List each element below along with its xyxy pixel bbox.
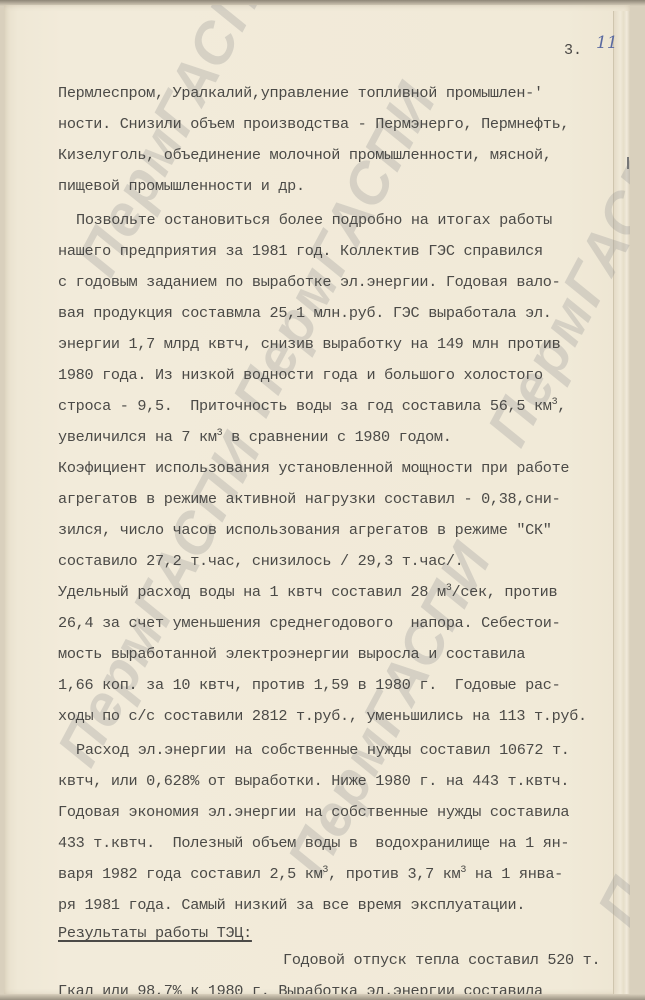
text-line: Коэфициент использования установленной м… xyxy=(58,453,630,484)
text-line: увеличился на 7 км3 в сравнении с 1980 г… xyxy=(58,422,630,453)
text-line: варя 1982 года составил 2,5 км3, против … xyxy=(58,859,630,890)
text-line: нашего предприятия за 1981 год. Коллекти… xyxy=(58,236,630,267)
section-heading-line: Результаты работы ТЭЦ: xyxy=(58,921,630,945)
text-line: пищевой промышленности и др. xyxy=(58,171,630,205)
text-line: вая продукция составмла 25,1 млн.руб. ГЭ… xyxy=(58,298,630,329)
text-line: энергии 1,7 млрд квтч, снизив выработку … xyxy=(58,329,630,360)
text-segment: , против 3,7 км xyxy=(328,865,460,883)
section-heading: Результаты работы ТЭЦ: xyxy=(58,924,252,942)
text-line: мость выработанной электроэнергии выросл… xyxy=(58,639,630,670)
text-segment: строса - 9,5. Приточность воды за год со… xyxy=(58,397,552,415)
text-segment: на 1 янва- xyxy=(466,865,563,883)
text-line: ходы по с/с составили 2812 т.руб., умень… xyxy=(58,701,630,735)
text-line: составило 27,2 т.час, снизилось / 29,3 т… xyxy=(58,546,630,577)
scan-bottom-edge xyxy=(0,994,645,1000)
text-line: ности. Снизили объем производства - Перм… xyxy=(58,109,630,140)
text-line: Удельный расход воды на 1 квтч составил … xyxy=(58,577,630,608)
text-line: квтч, или 0,628% от выработки. Ниже 1980… xyxy=(58,766,630,797)
text-line: с годовым заданием по выработке эл.энерг… xyxy=(58,267,630,298)
text-line: Годовой отпуск тепла составил 520 т. xyxy=(58,945,630,976)
paragraph-start-line: Расход эл.энергии на собственные нужды с… xyxy=(58,735,630,766)
text-segment: /сек, против xyxy=(452,583,558,601)
text-segment: увеличился на 7 км xyxy=(58,428,217,446)
document-page: ПермГАСПИ ПермГАСПИ ПермГАСПИ ПермГАСПИ … xyxy=(4,5,630,995)
text-line: ря 1981 года. Самый низкий за все время … xyxy=(58,890,630,921)
text-line: Пермлеспром, Уралкалий,управление топлив… xyxy=(58,78,630,109)
page-number: 3. xyxy=(564,42,582,59)
text-segment: варя 1982 года составил 2,5 км xyxy=(58,865,322,883)
text-segment: , xyxy=(557,397,566,415)
paper-speck xyxy=(82,935,84,937)
text-line: зился, число часов использования агрегат… xyxy=(58,515,630,546)
typewritten-body: Пермлеспром, Уралкалий,управление топлив… xyxy=(58,78,630,995)
text-line: 433 т.квтч. Полезный объем воды в водохр… xyxy=(58,828,630,859)
text-line: 1980 года. Из низкой водности года и бол… xyxy=(58,360,630,391)
text-segment: Удельный расход воды на 1 квтч составил … xyxy=(58,583,446,601)
paragraph-start-line: Позвольте остановиться более подробно на… xyxy=(58,205,630,236)
text-line: строса - 9,5. Приточность воды за год со… xyxy=(58,391,630,422)
text-line: агрегатов в режиме активной нагрузки сос… xyxy=(58,484,630,515)
text-line: 26,4 за счет уменьшения среднегодового н… xyxy=(58,608,630,639)
text-line: Годовая экономия эл.энергии на собственн… xyxy=(58,797,630,828)
text-line: Кизелуголь, объединение молочной промышл… xyxy=(58,140,630,171)
text-line: Гкал или 98,7% к 1980 г. Выработка эл.эн… xyxy=(58,976,630,995)
handwritten-folio-number: 11 xyxy=(596,33,618,53)
text-segment: в сравнении с 1980 годом. xyxy=(222,428,451,446)
text-line: 1,66 коп. за 10 квтч, против 1,59 в 1980… xyxy=(58,670,630,701)
